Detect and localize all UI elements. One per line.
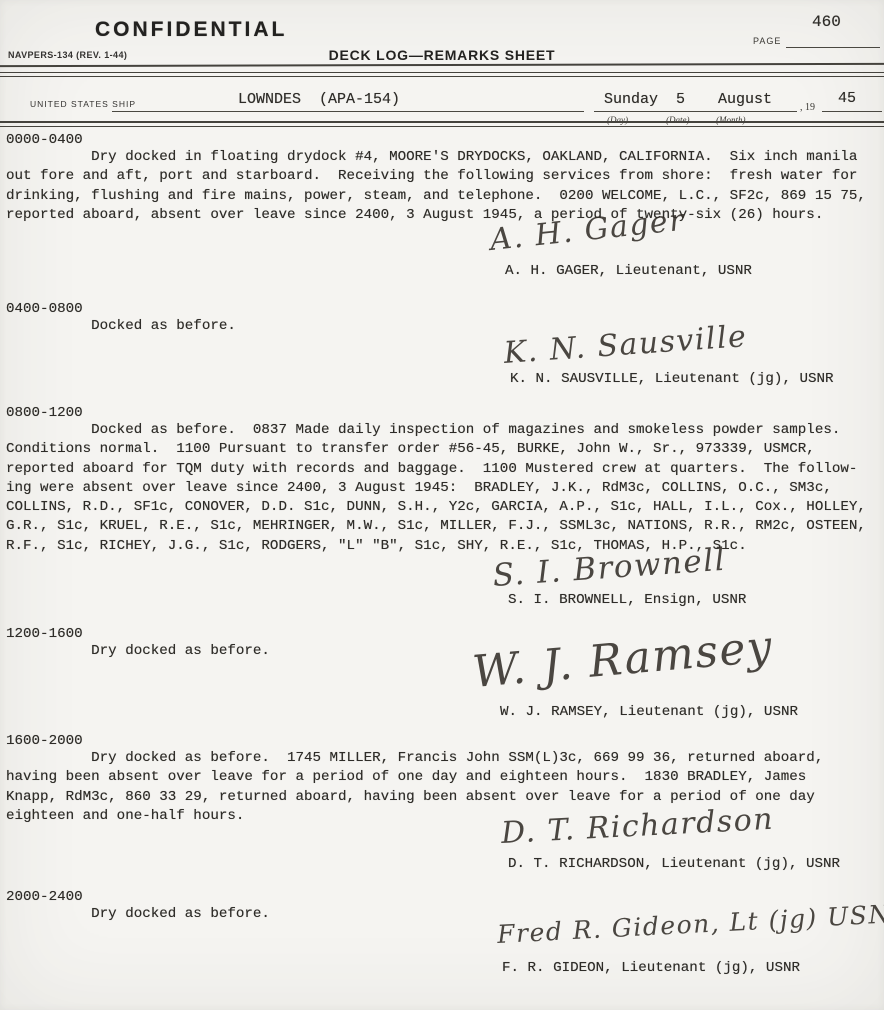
date-day-value: Sunday — [604, 90, 658, 109]
entry-text: Dry docked in floating drydock #4, MOORE… — [6, 148, 882, 225]
typed-signature: D. T. RICHARDSON, Lieutenant (jg), USNR — [508, 855, 840, 874]
body-rule-heavy — [0, 121, 884, 123]
date-year-value: 45 — [838, 89, 856, 108]
month-field-label: (Month) — [716, 115, 746, 125]
ship-label: UNITED STATES SHIP — [30, 99, 136, 109]
header-rule-double-2 — [0, 76, 884, 77]
header-rule-top — [0, 63, 884, 67]
typed-signature: K. N. SAUSVILLE, Lieutenant (jg), USNR — [510, 370, 834, 389]
page-label: PAGE — [753, 36, 781, 46]
typed-signature: W. J. RAMSEY, Lieutenant (jg), USNR — [500, 703, 798, 722]
date-field-label: (Date) — [666, 115, 690, 125]
header-rule-double-1 — [0, 72, 884, 73]
typed-signature: A. H. GAGER, Lieutenant, USNR — [505, 262, 752, 281]
entry-text: Docked as before. — [6, 317, 882, 336]
typed-signature: F. R. GIDEON, Lieutenant (jg), USNR — [502, 959, 800, 978]
document-title: DECK LOG—REMARKS SHEET — [0, 47, 884, 63]
year-underline — [822, 111, 882, 112]
typed-signature: S. I. BROWNELL, Ensign, USNR — [508, 591, 746, 610]
date-underline — [594, 111, 797, 112]
year-prefix: , 19 — [800, 102, 815, 113]
date-date-value: 5 — [676, 90, 685, 109]
body-rule-thin — [0, 126, 884, 127]
ship-underline — [112, 111, 584, 112]
classification-stamp: CONFIDENTIAL — [95, 18, 287, 42]
deck-log-remarks-sheet: CONFIDENTIAL 460 PAGE NAVPERS-134 (REV. … — [0, 0, 884, 1010]
date-month-value: August — [718, 90, 772, 109]
entry-text: Docked as before. 0837 Made daily inspec… — [6, 421, 882, 556]
day-field-label: (Day) — [607, 115, 628, 125]
ship-name: LOWNDES (APA-154) — [238, 90, 400, 109]
handwritten-signature: W. J. Ramsey — [471, 621, 776, 698]
page-number: 460 — [812, 13, 841, 32]
